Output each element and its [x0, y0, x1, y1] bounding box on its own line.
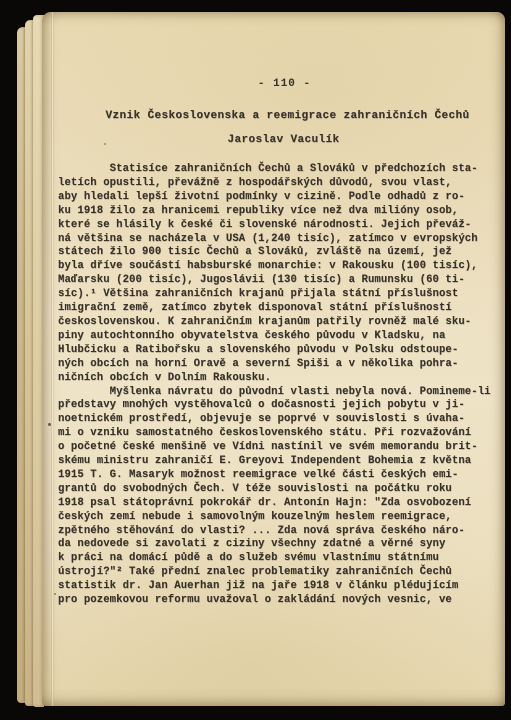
- text-line: byla dříve součástí habsburské monarchie…: [58, 260, 493, 274]
- page-number: - 110 -: [67, 12, 502, 90]
- text-line: imigrační země, zatímco zbytek disponova…: [58, 302, 493, 316]
- page-content: - 110 - Vznik Československa a reemigrac…: [58, 12, 493, 608]
- article-title: Vznik Československa a reemigrace zahran…: [70, 110, 505, 122]
- text-line: ku 1918 žilo za hranicemi republiky více…: [58, 205, 493, 219]
- text-line: letích opustili, převážně z hospodářskýc…: [58, 177, 493, 191]
- text-line: mi o vzniku samostatného československéh…: [58, 427, 493, 441]
- text-line: ústrojí?"² Také přední znalec problemati…: [58, 566, 493, 580]
- text-line: grantů do svobodných Čech. V téže souvis…: [58, 483, 493, 497]
- article-author: Jaroslav Vaculík: [66, 134, 501, 146]
- text-line: statistik dr. Jan Auerhan již na jaře 19…: [58, 580, 493, 594]
- text-line: o početné české menšině ve Vídni nastíni…: [58, 441, 493, 455]
- text-line: aby hledali lepší životní podmínky v ciz…: [58, 191, 493, 205]
- text-line: státech žilo 900 tisíc Čechů a Slováků, …: [58, 246, 493, 260]
- book-page: - 110 - Vznik Československa a reemigrac…: [42, 12, 505, 706]
- text-line: noetnickém prostředí, objevuje se poprvé…: [58, 413, 493, 427]
- text-line: 1918 psal státoprávní pokrokář dr. Anton…: [58, 497, 493, 511]
- text-line: ničních obcích v Dolním Rakousku.: [58, 372, 493, 386]
- text-line: které se hlásily k české či slovenské ná…: [58, 219, 493, 233]
- ink-speck: [48, 423, 51, 426]
- text-line: pro pozemkovou reformu uvažoval o zaklád…: [58, 594, 493, 608]
- text-line: českých zemí nebude i samovolným kouzeln…: [58, 511, 493, 525]
- text-line: zpětného stěhování do vlasti? ... Zda no…: [58, 525, 493, 539]
- ink-speck: [104, 143, 106, 145]
- text-line: představy mnohých vystěhovalců o dočasno…: [58, 399, 493, 413]
- body-text: Statisíce zahraničních Čechů a Slováků v…: [58, 163, 493, 608]
- scanned-book-page: - 110 - Vznik Československa a reemigrac…: [0, 0, 511, 720]
- text-line: skému ministru zahraničí E. Greyovi Inde…: [58, 455, 493, 469]
- text-line: da nedovede si zavolati z ciziny všechny…: [58, 538, 493, 552]
- text-line: československou. K zahraničním krajanům …: [58, 316, 493, 330]
- text-line: Hlubčicku a Ratibořsku a slovenského pův…: [58, 344, 493, 358]
- page-crease: [51, 12, 54, 706]
- text-line: piny autochtonního obyvatelstva českého …: [58, 330, 493, 344]
- text-line: Statisíce zahraničních Čechů a Slováků v…: [58, 163, 493, 177]
- text-line: Maďarsku (200 tisíc), Jugoslávii (130 ti…: [58, 274, 493, 288]
- text-line: síc).¹ Většina zahraničních krajanů přij…: [58, 288, 493, 302]
- text-line: Myšlenka návratu do původní vlasti nebyl…: [58, 386, 493, 400]
- text-line: ná většina se nacházela v USA (1,240 tis…: [58, 233, 493, 247]
- text-line: ných obcích na horní Oravě a severní Spi…: [58, 358, 493, 372]
- ink-speck: [54, 593, 56, 595]
- text-line: k práci na domácí půdě a do služeb svému…: [58, 552, 493, 566]
- text-line: 1915 T. G. Masaryk možnost reemigrace ve…: [58, 469, 493, 483]
